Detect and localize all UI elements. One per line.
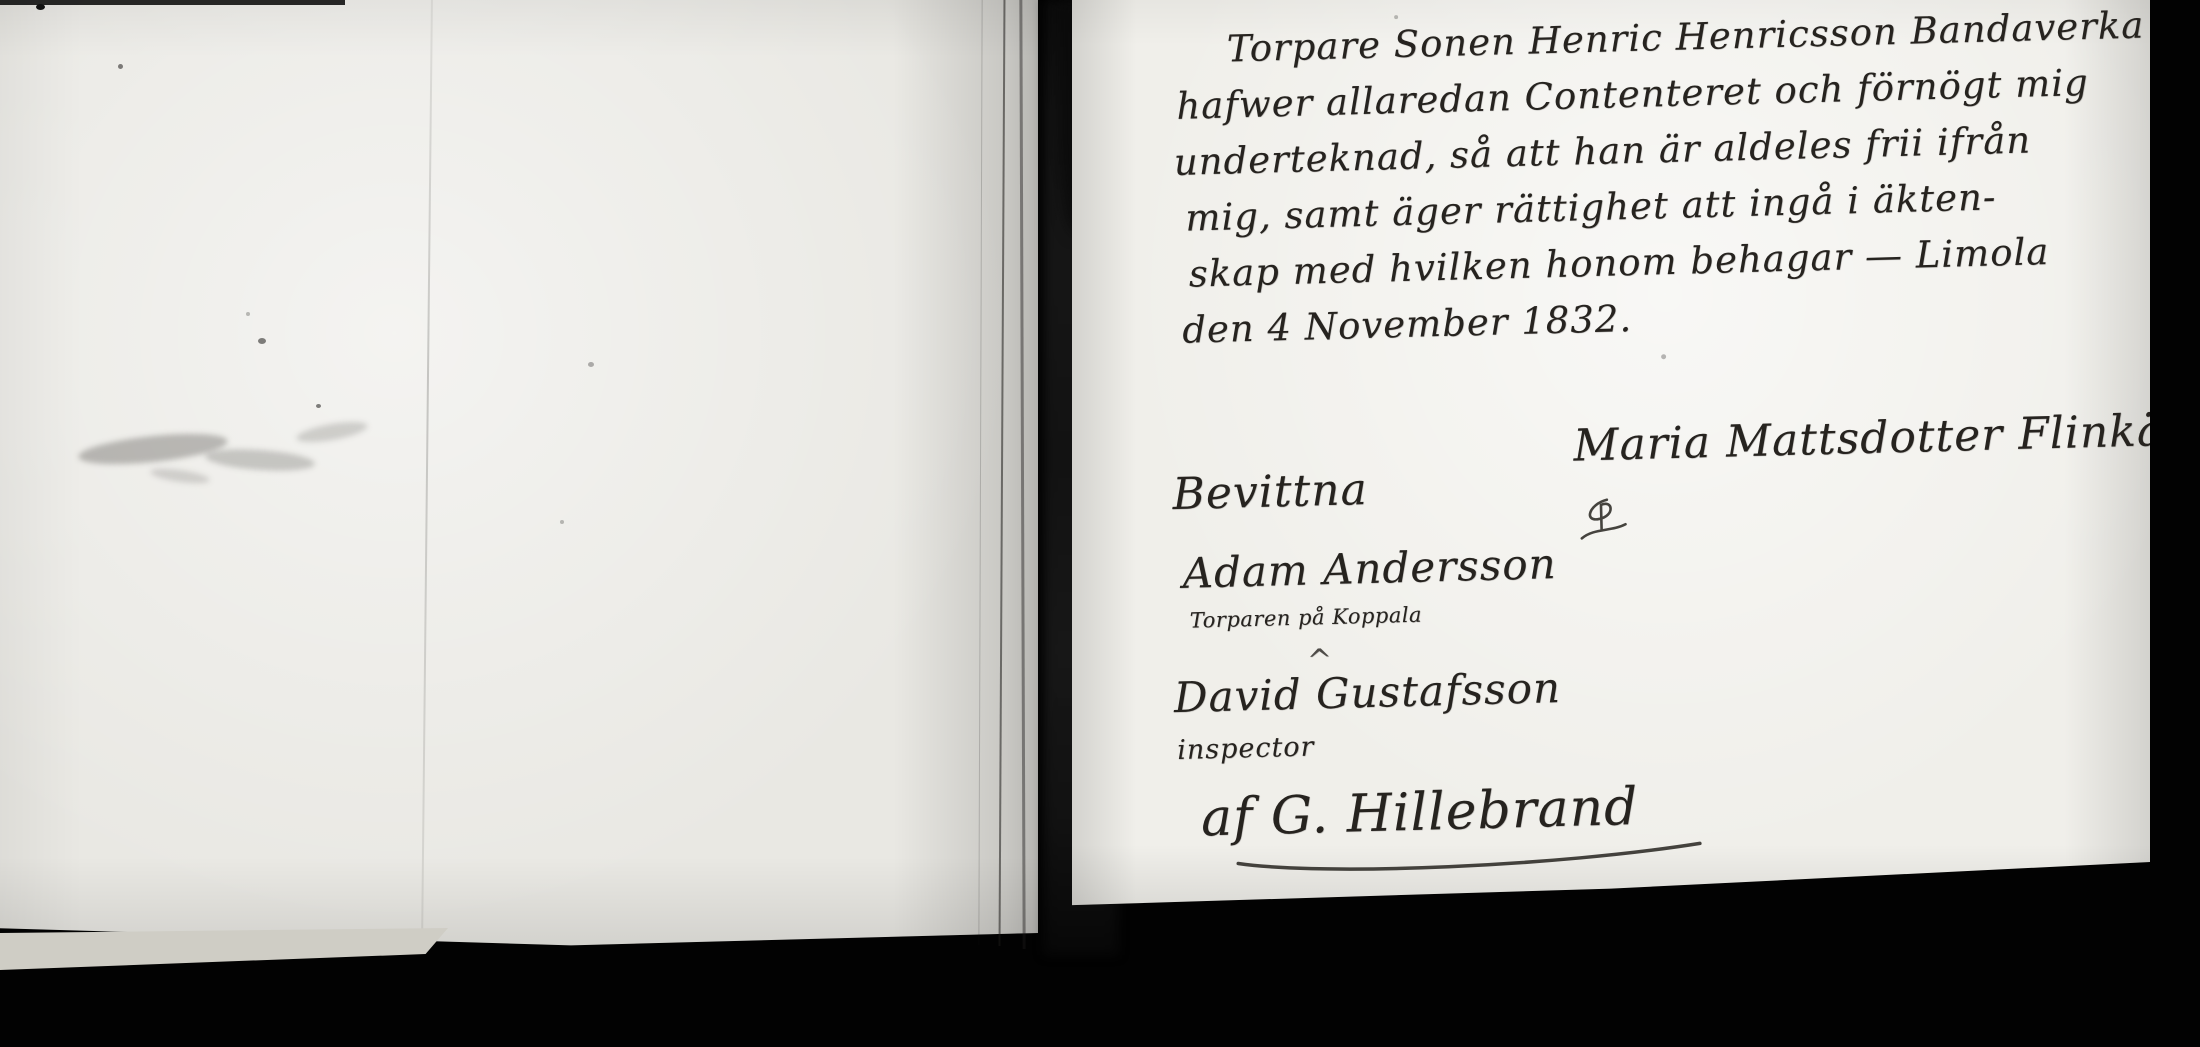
scanned-document-viewport: Torpare Sonen Henric Henricsson Bandaver… [0,0,2200,1047]
witness-signature-adam-andersson: Adam Andersson [1182,539,1557,598]
ink-stain [295,418,369,446]
paper-speck [1394,15,1398,19]
paper-speck [316,404,321,408]
witness-heading: Bevittna [1172,464,1369,520]
manuscript-text-block: Torpare Sonen Henric Henricsson Bandaver… [1064,0,2166,921]
paper-speck [246,312,250,316]
handwritten-line-2: hafwer allaredan Contenteret och förnögt… [1176,61,2089,128]
witness-title-adam-andersson: Torparen på Koppala [1190,603,1423,633]
underlying-page-edge [0,928,448,970]
handwritten-line-4: mig, samt äger rättighet att ingå i äkte… [1185,175,1997,239]
paper-speck [560,520,564,524]
right-page: Torpare Sonen Henric Henricsson Bandaver… [1072,0,2150,918]
scan-edge-artifact [36,4,45,10]
scan-edge-artifact [0,0,345,5]
paper-speck [258,338,266,344]
signature-flourish [1571,495,1634,551]
signature-maria-mattsdotter: Maria Mattsdotter Flinkä [1573,405,2165,471]
witness-title-david-gustafsson: inspector [1177,731,1315,766]
witness-signature-david-gustafsson: David Gustafsson [1173,663,1561,722]
handwritten-line-1: Torpare Sonen Henric Henricsson Bandaver… [1226,4,2144,71]
ink-stain [149,466,210,486]
ink-stain [204,446,315,474]
paper-speck [118,64,123,69]
page-crease [421,0,433,942]
paper-speck [1661,354,1666,359]
handwritten-line-5: skap med hvilken honom behagar — Limola [1188,230,2050,296]
left-page [0,0,1038,952]
dateline: den 4 November 1832. [1182,297,1633,352]
paper-speck [588,362,594,367]
attestation-signature-hillebrand: af G. Hillebrand [1200,777,1639,848]
ink-stain [77,428,229,470]
handwritten-line-3: underteknad, så att han är aldeles frii … [1173,119,2031,184]
